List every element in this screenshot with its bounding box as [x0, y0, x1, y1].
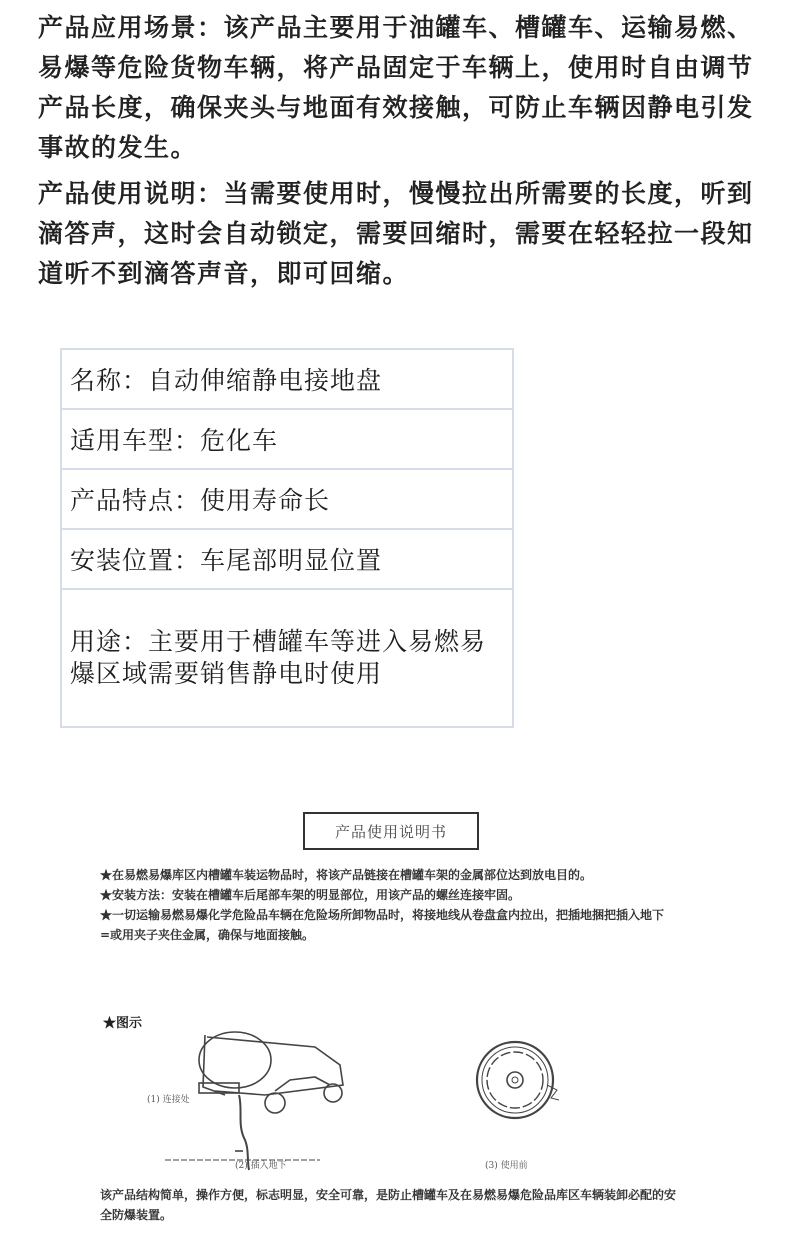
- manual-title: 产品使用说明书: [303, 812, 479, 850]
- spec-row-name: 名称：自动伸缩静电接地盘: [61, 349, 513, 409]
- spec-cell: 产品特点：使用寿命长: [61, 469, 513, 529]
- spec-cell: 安装位置：车尾部明显位置: [61, 529, 513, 589]
- manual-bullets: ★在易燃易爆库区内槽罐车装运物品时，将该产品链接在槽罐车架的金属部位达到放电目的…: [100, 865, 670, 945]
- caption-reel: (3) 使用前: [485, 1158, 528, 1171]
- manual-bullet: ★安装方法：安装在槽罐车后尾部车架的明显部位，用该产品的螺丝连接牢固。: [100, 885, 670, 905]
- spec-table: 名称：自动伸缩静电接地盘 适用车型：危化车 产品特点：使用寿命长 安装位置：车尾…: [60, 348, 514, 728]
- spec-cell: 用途：主要用于槽罐车等进入易燃易爆区域需要销售静电时使用: [61, 589, 513, 727]
- spec-row-feature: 产品特点：使用寿命长: [61, 469, 513, 529]
- application-scenario-text: 产品应用场景：该产品主要用于油罐车、槽罐车、运输易燃、易爆等危险货物车辆，将产品…: [38, 8, 758, 168]
- intro-section: 产品应用场景：该产品主要用于油罐车、槽罐车、运输易燃、易爆等危险货物车辆，将产品…: [38, 8, 758, 300]
- usage-instructions-text: 产品使用说明：当需要使用时，慢慢拉出所需要的长度，听到滴答声，这时会自动锁定，需…: [38, 174, 758, 294]
- spec-cell: 适用车型：危化车: [61, 409, 513, 469]
- caption-connect: (1) 连接处: [147, 1092, 190, 1105]
- spec-row-vehicle: 适用车型：危化车: [61, 409, 513, 469]
- manual-bullet: ★在易燃易爆库区内槽罐车装运物品时，将该产品链接在槽罐车架的金属部位达到放电目的…: [100, 865, 670, 885]
- caption-ground: (2) 插入地下: [235, 1158, 287, 1171]
- manual-bullet: ★一切运输易燃易爆化学危险品车辆在危险场所卸物品时，将接地线从卷盘盒内拉出，把插…: [100, 905, 670, 945]
- spec-cell: 名称：自动伸缩静电接地盘: [61, 349, 513, 409]
- spec-row-location: 安装位置：车尾部明显位置: [61, 529, 513, 589]
- spec-row-purpose: 用途：主要用于槽罐车等进入易燃易爆区域需要销售静电时使用: [61, 589, 513, 727]
- closing-text: 该产品结构简单，操作方便，标志明显，安全可靠，是防止槽罐车及在易燃易爆危险品库区…: [100, 1185, 680, 1225]
- reel-illustration: [465, 1030, 565, 1130]
